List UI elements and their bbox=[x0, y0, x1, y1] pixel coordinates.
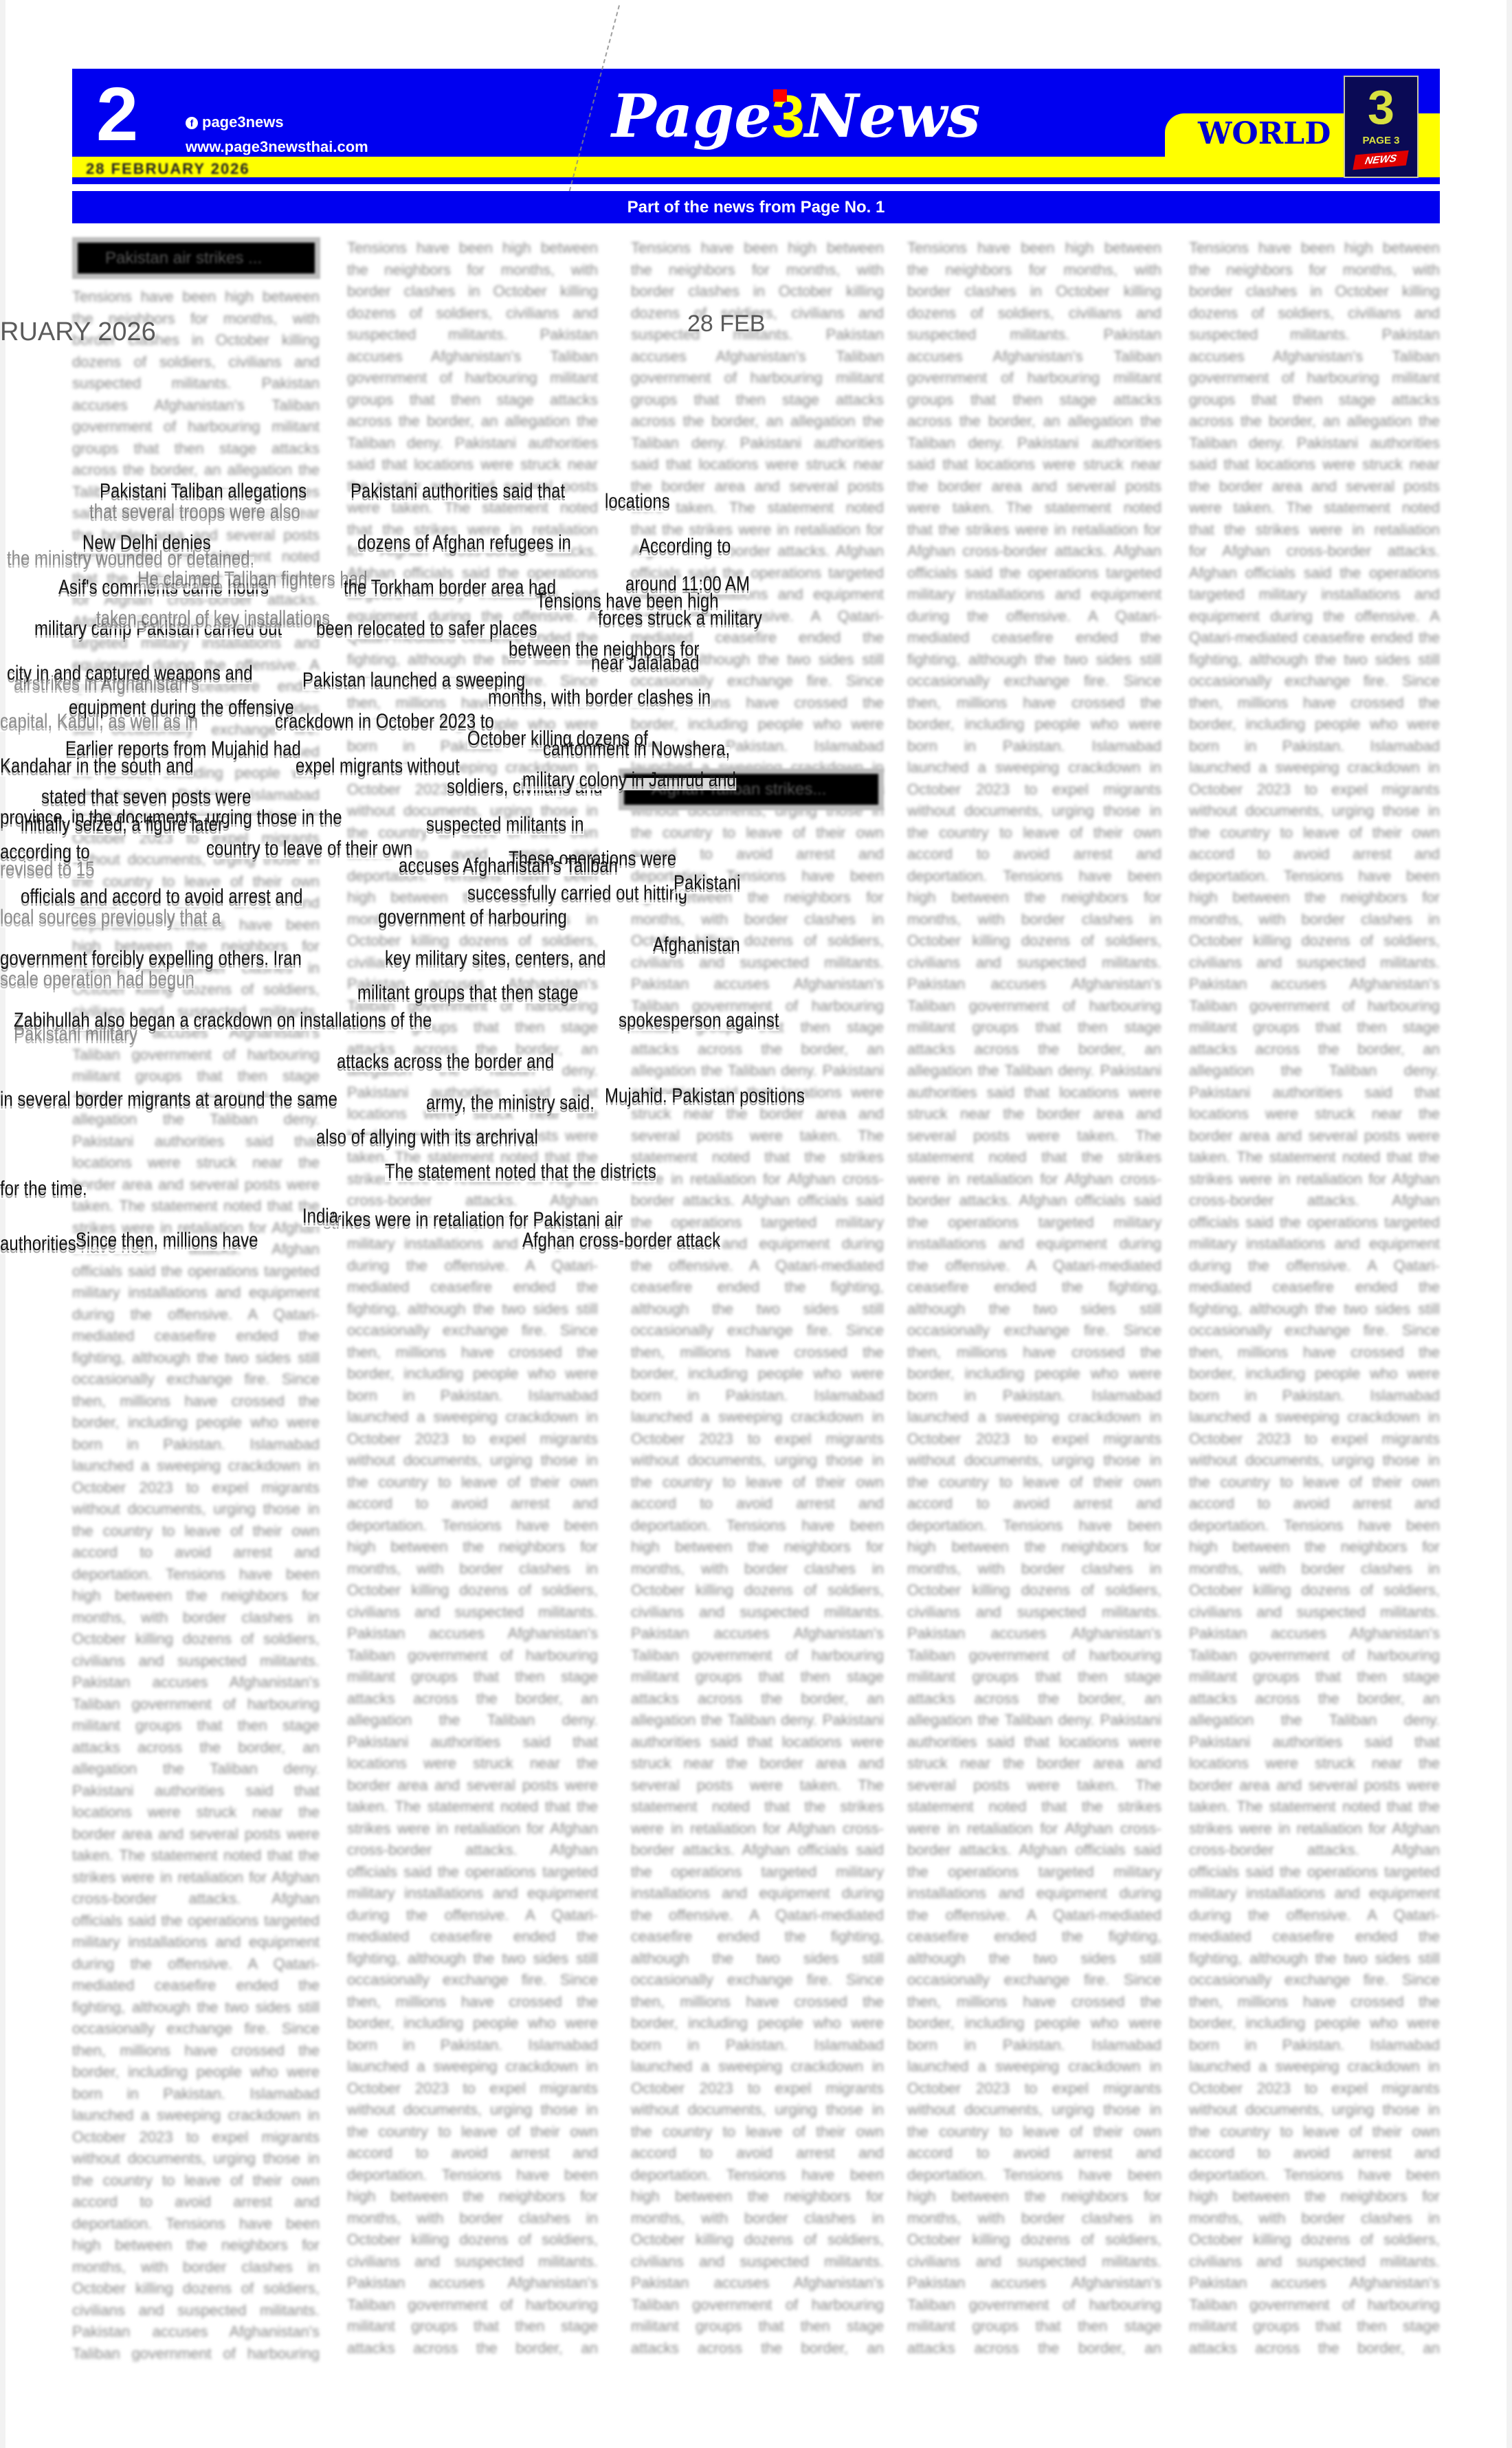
column-4: Tensions have been high between the neig… bbox=[907, 237, 1161, 2361]
ghost-date-fragment: RUARY 2026 bbox=[0, 318, 156, 347]
social-links: fpage3news www.page3newsthai.com bbox=[186, 110, 368, 159]
continuation-banner: Part of the news from Page No. 1 bbox=[72, 191, 1440, 223]
article-body: Tensions have been high between the neig… bbox=[347, 237, 598, 2361]
headline-box: Pakistan air strikes ... bbox=[72, 237, 320, 279]
page3-badge-logo: 3 PAGE 3 NEWS bbox=[1344, 76, 1419, 178]
facebook-link[interactable]: fpage3news bbox=[186, 110, 368, 135]
website-link[interactable]: www.page3newsthai.com bbox=[186, 135, 368, 159]
column-1: Pakistan air strikes ... Tensions have b… bbox=[72, 237, 320, 2361]
article-body: Tensions have been high between the neig… bbox=[72, 286, 320, 2361]
article-body: Tensions have been high between the neig… bbox=[1189, 237, 1440, 2361]
section-label: WORLD bbox=[1198, 113, 1331, 155]
article-body: Tensions have been high between the neig… bbox=[631, 237, 884, 2361]
page-number: 2 bbox=[96, 77, 138, 153]
column-3: Tensions have been high between the neig… bbox=[631, 237, 884, 2361]
newspaper-logo: Page3News bbox=[612, 82, 981, 151]
facebook-icon: f bbox=[186, 117, 198, 129]
headline-box-2: Afghan Taliban strikes... bbox=[619, 768, 884, 810]
logo-number: 3 bbox=[772, 84, 805, 150]
issue-date: 28 FEBRUARY 2026 bbox=[86, 160, 250, 178]
column-5: Tensions have been high between the neig… bbox=[1189, 237, 1440, 2361]
ghost-date-fragment-2: 28 FEB bbox=[687, 311, 765, 337]
article-body: Tensions have been high between the neig… bbox=[907, 237, 1161, 2361]
column-2: Tensions have been high between the neig… bbox=[347, 237, 598, 2361]
masthead: 2 fpage3news www.page3newsthai.com 28 FE… bbox=[72, 69, 1440, 184]
